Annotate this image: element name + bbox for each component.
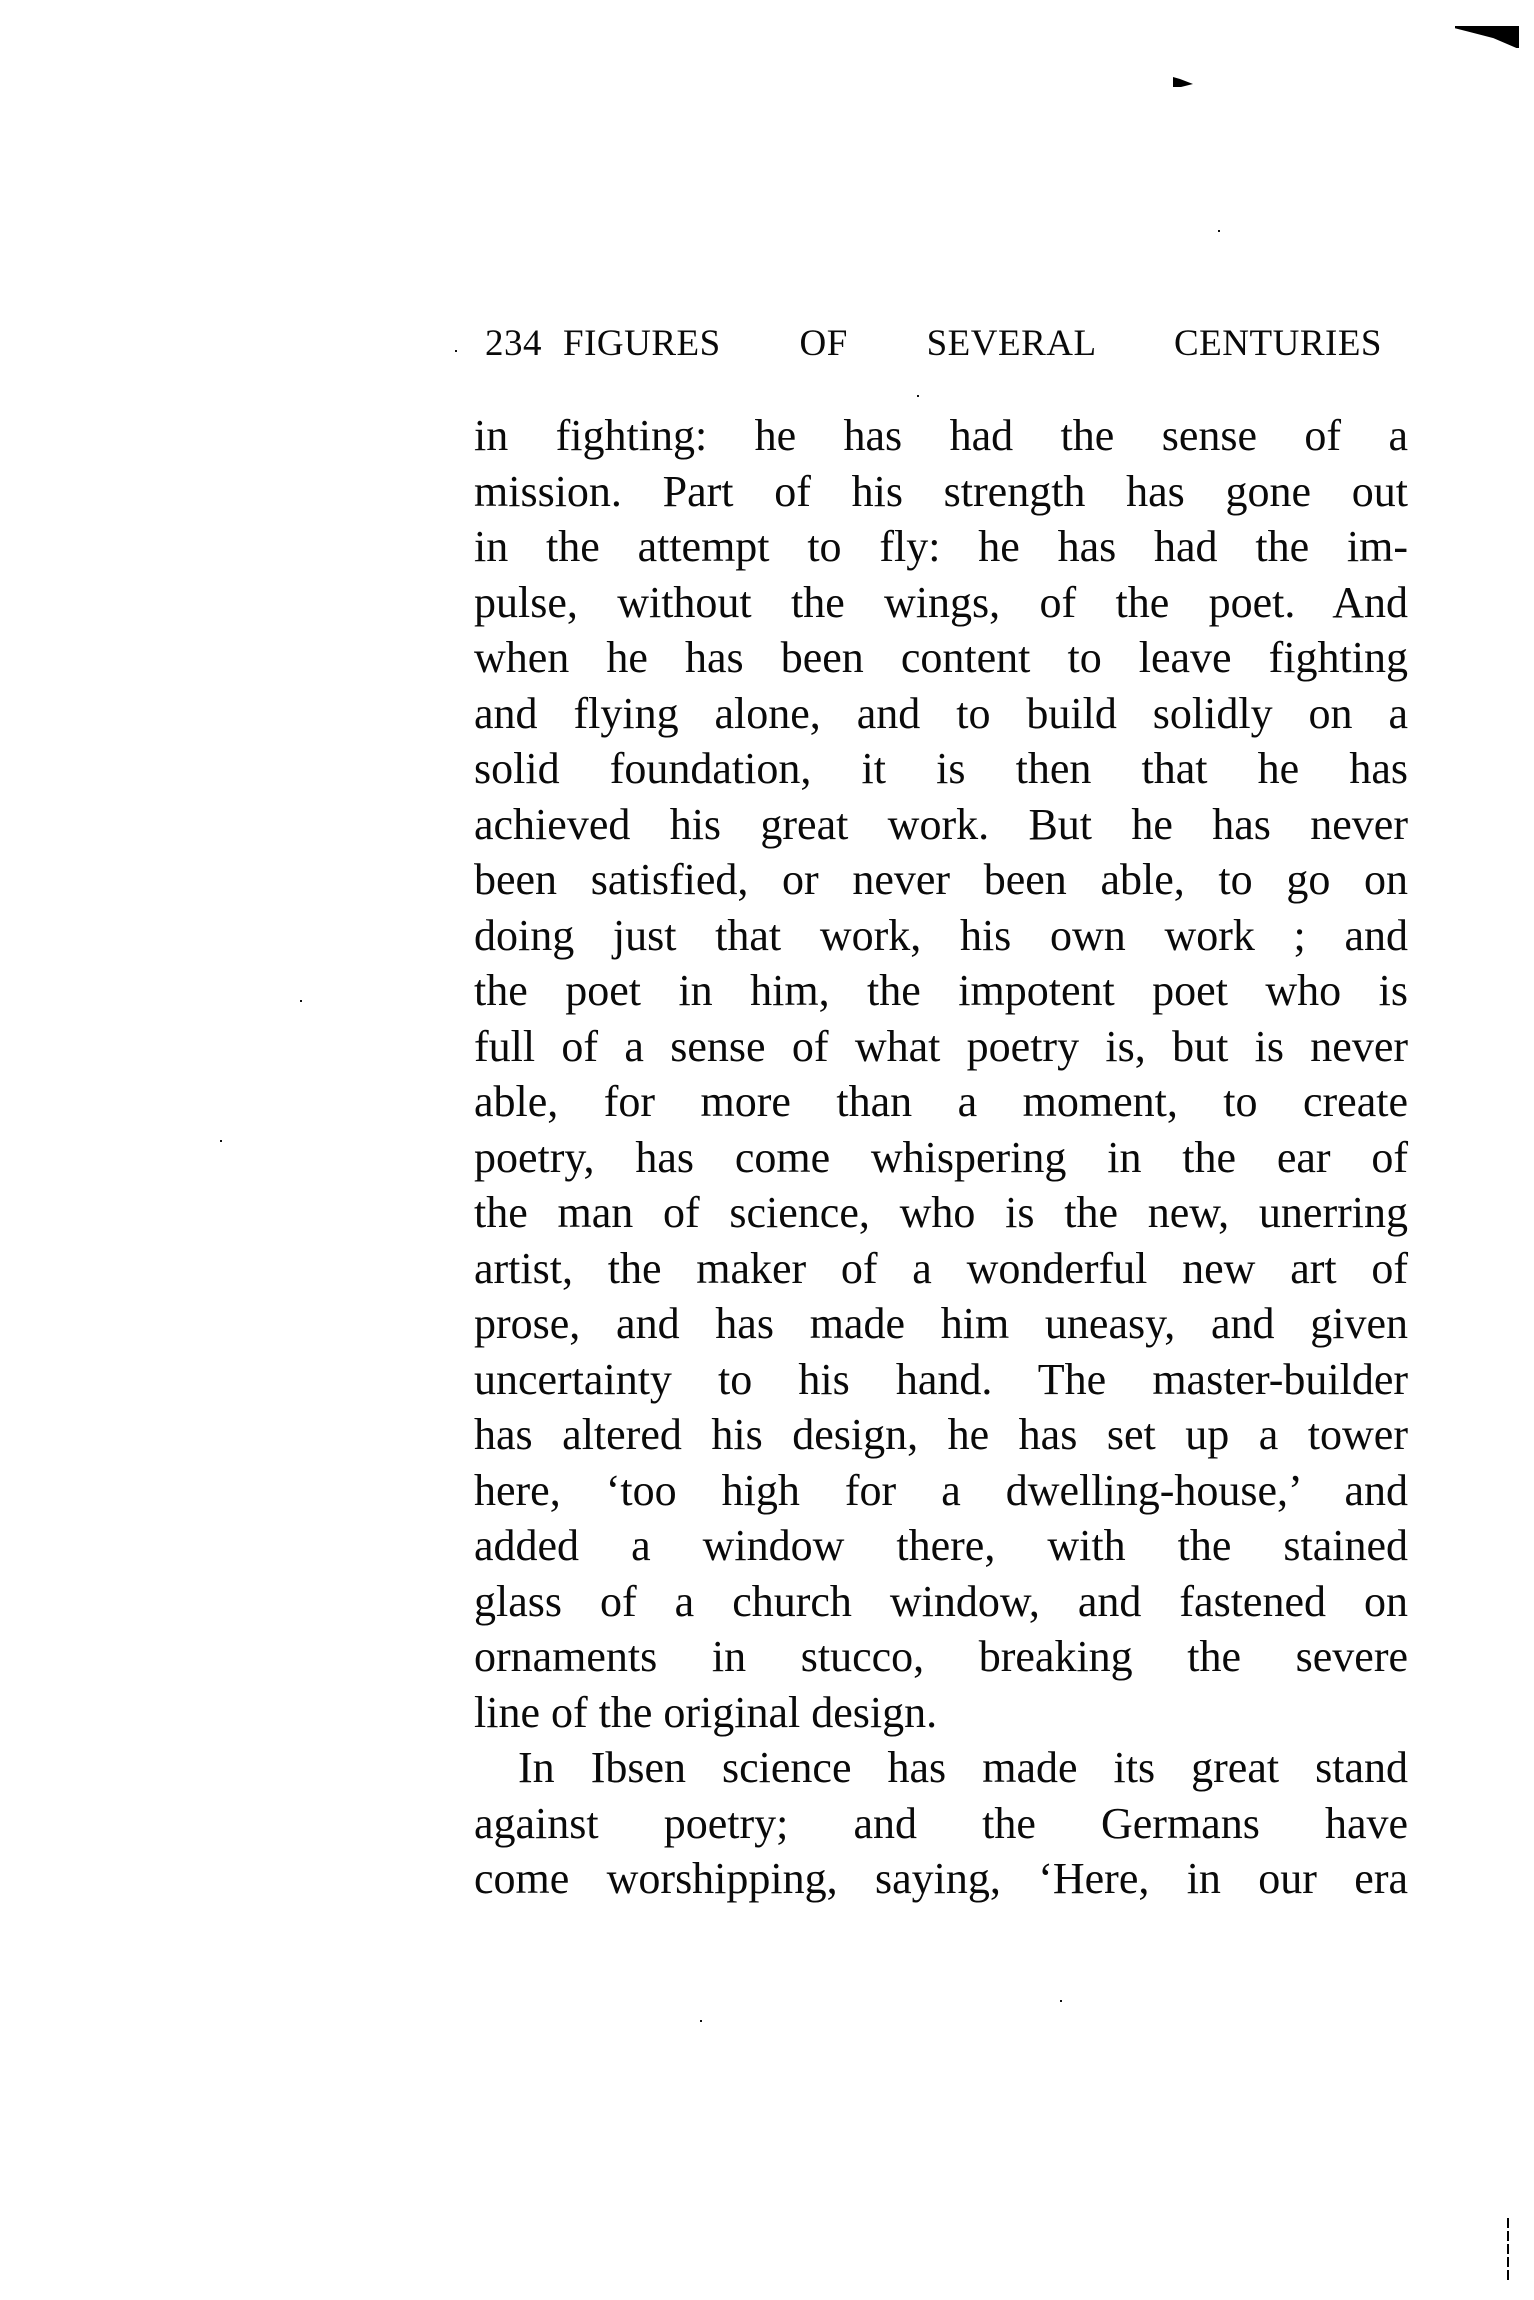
text-line: mission. Part of his strength has gone o… [474,464,1408,520]
text-line: added a window there, with the stained [474,1518,1408,1574]
text-line: when he has been content to leave fighti… [474,630,1408,686]
paragraph-1: in fighting: he has had the sense of a m… [474,408,1408,1740]
page-number: 234 [485,322,563,366]
text-line: come worshipping, saying, ‘Here, in our … [474,1851,1408,1907]
text-line: prose, and has made him uneasy, and give… [474,1296,1408,1352]
text-line: achieved his great work. But he has neve… [474,797,1408,853]
text-line: full of a sense of what poetry is, but i… [474,1019,1408,1075]
book-title: FIGURES OF SEVERAL CENTURIES [563,322,1382,366]
text-line: In Ibsen science has made its great stan… [474,1740,1408,1796]
running-head: 234 FIGURES OF SEVERAL CENTURIES [485,322,1382,366]
text-line: here, ‘too high for a dwelling-house,’ a… [474,1463,1408,1519]
text-line: the man of science, who is the new, uner… [474,1185,1408,1241]
scan-speck [1218,230,1220,232]
body-text: in fighting: he has had the sense of a m… [474,408,1408,1907]
text-line: able, for more than a moment, to create [474,1074,1408,1130]
scan-artifact-edge-line [1507,2218,1509,2282]
text-line: line of the original design. [474,1685,1408,1741]
text-line: the poet in him, the impotent poet who i… [474,963,1408,1019]
scan-speck [220,1140,222,1142]
text-line: and flying alone, and to build solidly o… [474,686,1408,742]
text-line: in the attempt to fly: he has had the im… [474,519,1408,575]
text-line: against poetry; and the Germans have [474,1796,1408,1852]
scan-speck [917,395,919,397]
scan-artifact-corner [1455,26,1519,48]
text-line: glass of a church window, and fastened o… [474,1574,1408,1630]
text-line: doing just that work, his own work ; and [474,908,1408,964]
scan-speck [700,2020,702,2022]
scan-artifact-mark [1173,77,1193,87]
text-line: in fighting: he has had the sense of a [474,408,1408,464]
text-line: pulse, without the wings, of the poet. A… [474,575,1408,631]
text-line: artist, the maker of a wonderful new art… [474,1241,1408,1297]
text-line: uncertainty to his hand. The master-buil… [474,1352,1408,1408]
text-line: ornaments in stucco, breaking the severe [474,1629,1408,1685]
text-line: poetry, has come whispering in the ear o… [474,1130,1408,1186]
scan-speck [300,1000,302,1002]
text-line: solid foundation, it is then that he has [474,741,1408,797]
paragraph-2: In Ibsen science has made its great stan… [474,1740,1408,1907]
scan-speck [1060,2000,1062,2002]
text-line: has altered his design, he has set up a … [474,1407,1408,1463]
scan-speck [455,350,457,352]
text-line: been satisfied, or never been able, to g… [474,852,1408,908]
